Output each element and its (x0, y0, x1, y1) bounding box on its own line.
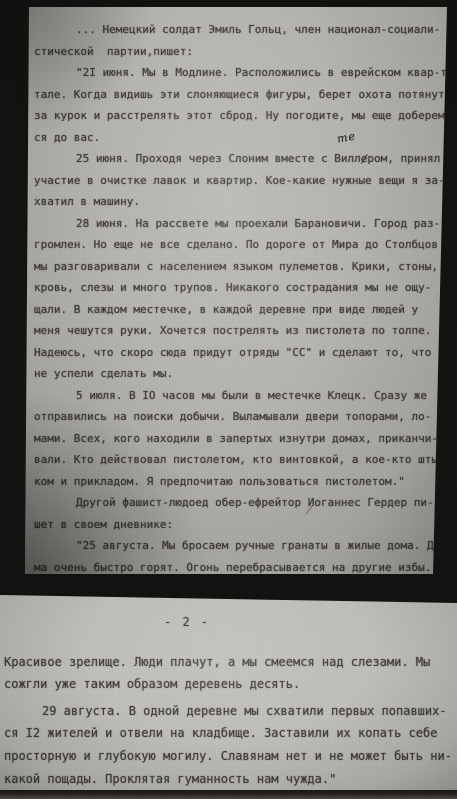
text-line-with-correction: 25 июня. Проходя через Слоним вместе с В… (34, 148, 449, 170)
text-line: стической партии,пишет: (34, 41, 449, 63)
text-segment: ром, принял (367, 152, 440, 165)
text-line: 29 августа. В одной деревне мы схватили … (4, 700, 457, 723)
page-2-clip: - 2 - Красивое зрелище. Люди плачут, а м… (0, 594, 457, 790)
text-line: не успели сделать мы. (34, 363, 449, 385)
text-line: кровь, слезы и много трупов. Никакого со… (34, 277, 449, 299)
text-line: за курок и расстрелять этот сброд. Ну по… (34, 105, 449, 127)
text-line: ся I2 жителей и отвели на кладбище. Заст… (4, 722, 457, 745)
text-line: просторную и глубокую могилу. Славянам н… (4, 745, 457, 768)
page-1-clip: ... Немецкий солдат Эмиль Гольц, член на… (25, 7, 449, 574)
text-line: ... Немецкий солдат Эмиль Гольц, член на… (34, 19, 449, 41)
text-line: тале. Когда видишь эти слоняющиеся фигур… (34, 84, 449, 106)
text-line: хватил в машину. (34, 191, 449, 213)
text-line: какой пощады. Проклятая гуманность нам ч… (4, 768, 457, 791)
struck-letter: е (361, 148, 368, 170)
text-line: ма очень быстро горят. Огонь перебрасыва… (34, 557, 449, 579)
text-line: мы разговаривали с населением языком пул… (34, 256, 449, 278)
text-line: меня чешутся руки. Хочется пострелять из… (34, 320, 449, 342)
text-line: участие в очистке лавок и квартир. Кое-к… (34, 170, 449, 192)
text-line: сожгли уже таким образом деревень десять… (4, 673, 457, 696)
text-line: Красивое зрелище. Люди плачут, а мы смее… (4, 651, 457, 674)
text-line: Другой фашист-людоед обер-ефрейтор Иоган… (34, 492, 449, 514)
text-line: громлен. Но еще не все сделано. По дорог… (34, 234, 449, 256)
text-line: отправились на поиски добычи. Выламывали… (34, 406, 449, 428)
text-line: мами. Всех, кого находили в запертых изн… (34, 428, 449, 450)
text-line: 5 июля. В IO часов мы были в местечке Кл… (34, 385, 449, 407)
page-2: - 2 - Красивое зрелище. Люди плачут, а м… (0, 594, 457, 790)
text-line: 28 июня. На рассвете мы проехали Баранов… (34, 213, 449, 235)
text-line: "2I июня. Мы в Модлине. Расположились в … (34, 62, 449, 84)
text-line: шет в своем дневнике: (34, 514, 449, 536)
page-number: - 2 - (4, 611, 457, 634)
text-line: Надеюсь, что скоро сюда придут отряды "С… (34, 342, 449, 364)
text-line: "25 августа. Мы бросаем ручные гранаты в… (34, 535, 449, 557)
text-line: ком и прикладом. Я предпочитаю пользоват… (34, 471, 449, 493)
document-photo: ... Немецкий солдат Эмиль Гольц, член на… (0, 0, 457, 799)
text-line: ся до вас. (34, 127, 449, 149)
page-1: ... Немецкий солдат Эмиль Гольц, член на… (25, 7, 449, 574)
text-line: щали. В каждом местечке, в каждой деревн… (34, 299, 449, 321)
photo-bottom-edge (0, 790, 457, 799)
text-line: вали. Кто действовал пистолетом, кто вин… (34, 449, 449, 471)
text-segment: 25 июня. Проходя через Слоним вместе с В… (76, 152, 361, 165)
